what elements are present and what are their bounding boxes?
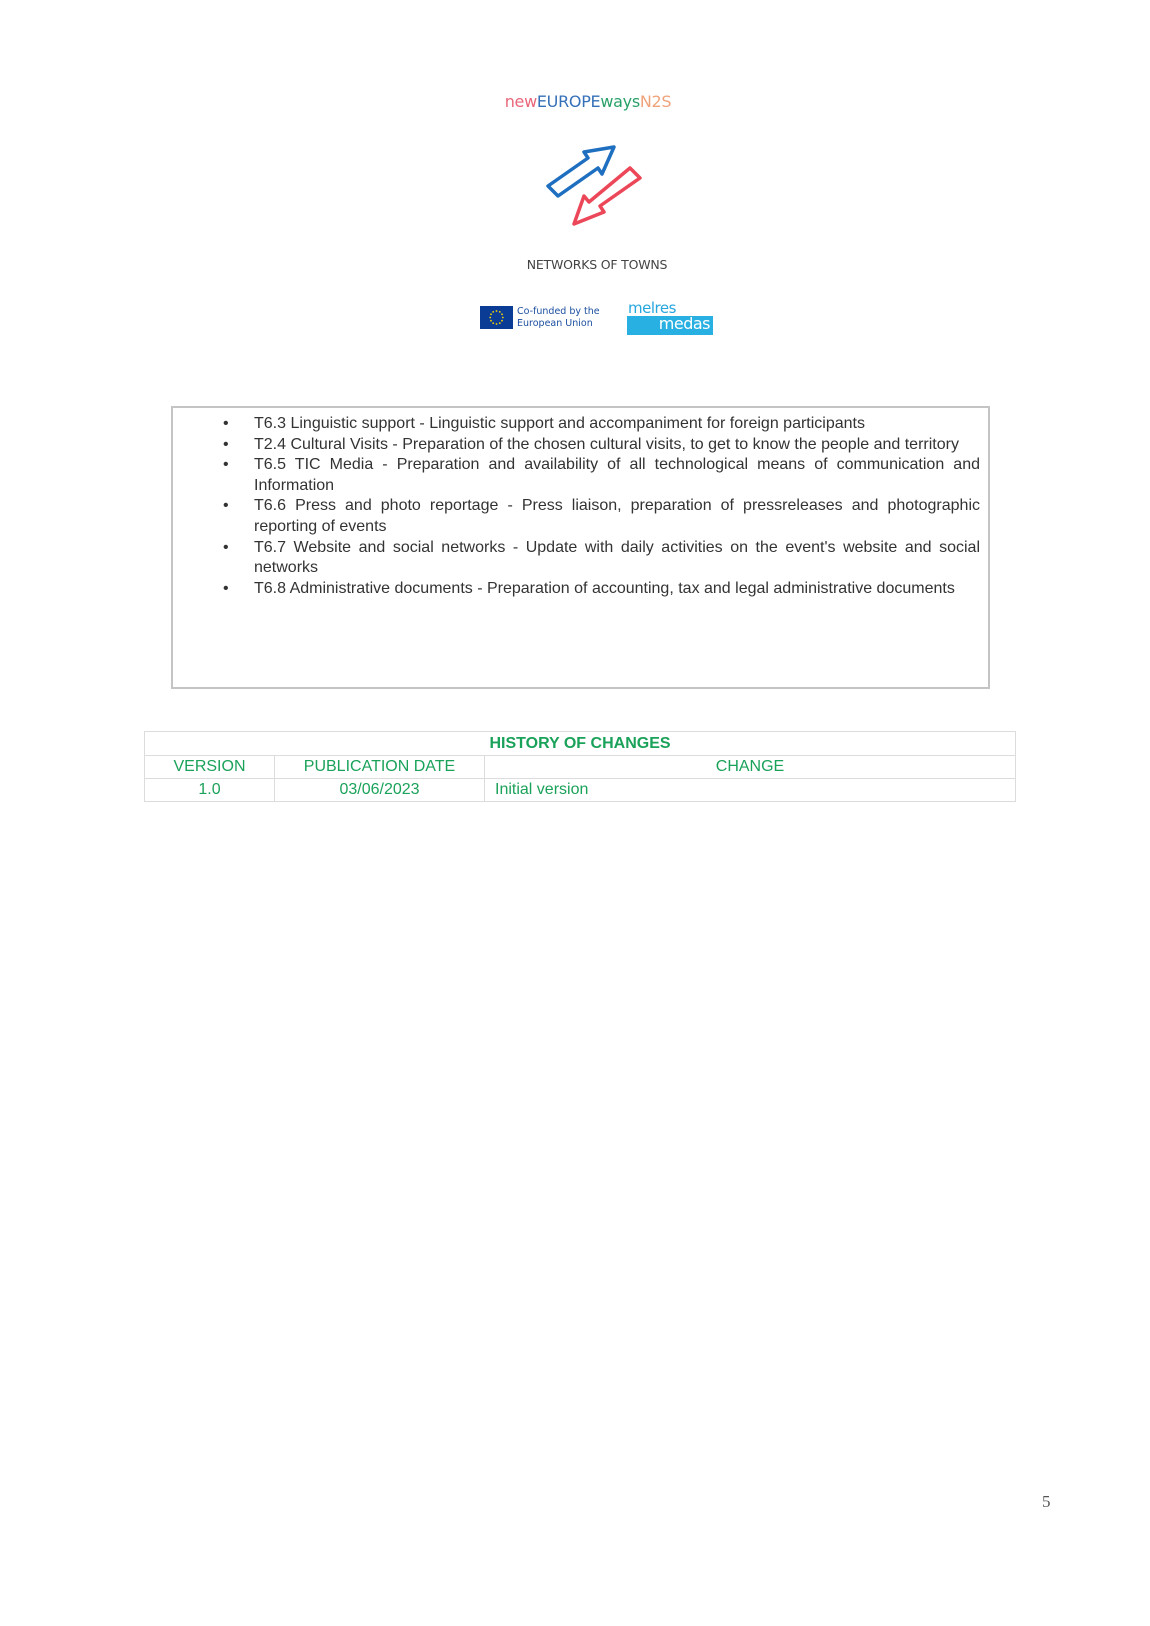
bullet-icon: • <box>223 538 233 559</box>
title-part: ways <box>600 92 640 111</box>
list-item: •T6.3 Linguistic support - Linguistic su… <box>223 414 980 435</box>
cell-version: 1.0 <box>145 779 275 802</box>
cell-change: Initial version <box>485 779 1016 802</box>
task-text: T6.8 Administrative documents - Preparat… <box>254 580 955 597</box>
task-text: T6.3 Linguistic support - Linguistic sup… <box>254 415 865 432</box>
table-header-row: VERSION PUBLICATION DATE CHANGE <box>145 756 1016 779</box>
eu-cofunded-label: Co-funded by the European Union <box>517 306 600 329</box>
title-part: new <box>505 92 537 111</box>
task-text: T6.7 Website and social networks - Updat… <box>254 539 980 577</box>
page-number: 5 <box>1042 1492 1051 1512</box>
list-item: •T6.5 TIC Media - Preparation and availa… <box>223 455 980 496</box>
eu-flag-icon <box>480 306 513 329</box>
column-header-version: VERSION <box>145 756 275 779</box>
history-of-changes-table: HISTORY OF CHANGES VERSION PUBLICATION D… <box>144 731 1016 802</box>
column-header-change: CHANGE <box>485 756 1016 779</box>
bullet-icon: • <box>223 455 233 476</box>
column-header-publication-date: PUBLICATION DATE <box>275 756 485 779</box>
bullet-icon: • <box>223 435 233 456</box>
task-text: T6.6 Press and photo reportage - Press l… <box>254 497 980 535</box>
bullet-icon: • <box>223 496 233 517</box>
list-item: •T6.8 Administrative documents - Prepara… <box>223 579 980 600</box>
melres-medas-logo: melres medas <box>627 302 713 334</box>
tasks-box: •T6.3 Linguistic support - Linguistic su… <box>171 406 990 689</box>
networks-subtitle: NETWORKS OF TOWNS <box>0 257 1150 272</box>
title-part: EUROPE <box>537 92 601 111</box>
table-title-row: HISTORY OF CHANGES <box>145 732 1016 756</box>
cell-publication-date: 03/06/2023 <box>275 779 485 802</box>
table-title: HISTORY OF CHANGES <box>145 732 1016 756</box>
title-part: N2S <box>640 92 671 111</box>
bidirectional-arrows-icon <box>544 144 648 232</box>
list-item: •T2.4 Cultural Visits - Preparation of t… <box>223 435 980 456</box>
logo-bottom-text: medas <box>659 314 710 333</box>
eu-label-line2: European Union <box>517 318 600 330</box>
task-text: T2.4 Cultural Visits - Preparation of th… <box>254 436 959 453</box>
project-logo-title: newEUROPEwaysN2S <box>0 92 1150 111</box>
task-list: •T6.3 Linguistic support - Linguistic su… <box>223 414 980 599</box>
bullet-icon: • <box>223 579 233 600</box>
bullet-icon: • <box>223 414 233 435</box>
list-item: •T6.7 Website and social networks - Upda… <box>223 538 980 579</box>
task-text: T6.5 TIC Media - Preparation and availab… <box>254 456 980 494</box>
list-item: •T6.6 Press and photo reportage - Press … <box>223 496 980 537</box>
table-row: 1.0 03/06/2023 Initial version <box>145 779 1016 802</box>
eu-label-line1: Co-funded by the <box>517 306 600 318</box>
